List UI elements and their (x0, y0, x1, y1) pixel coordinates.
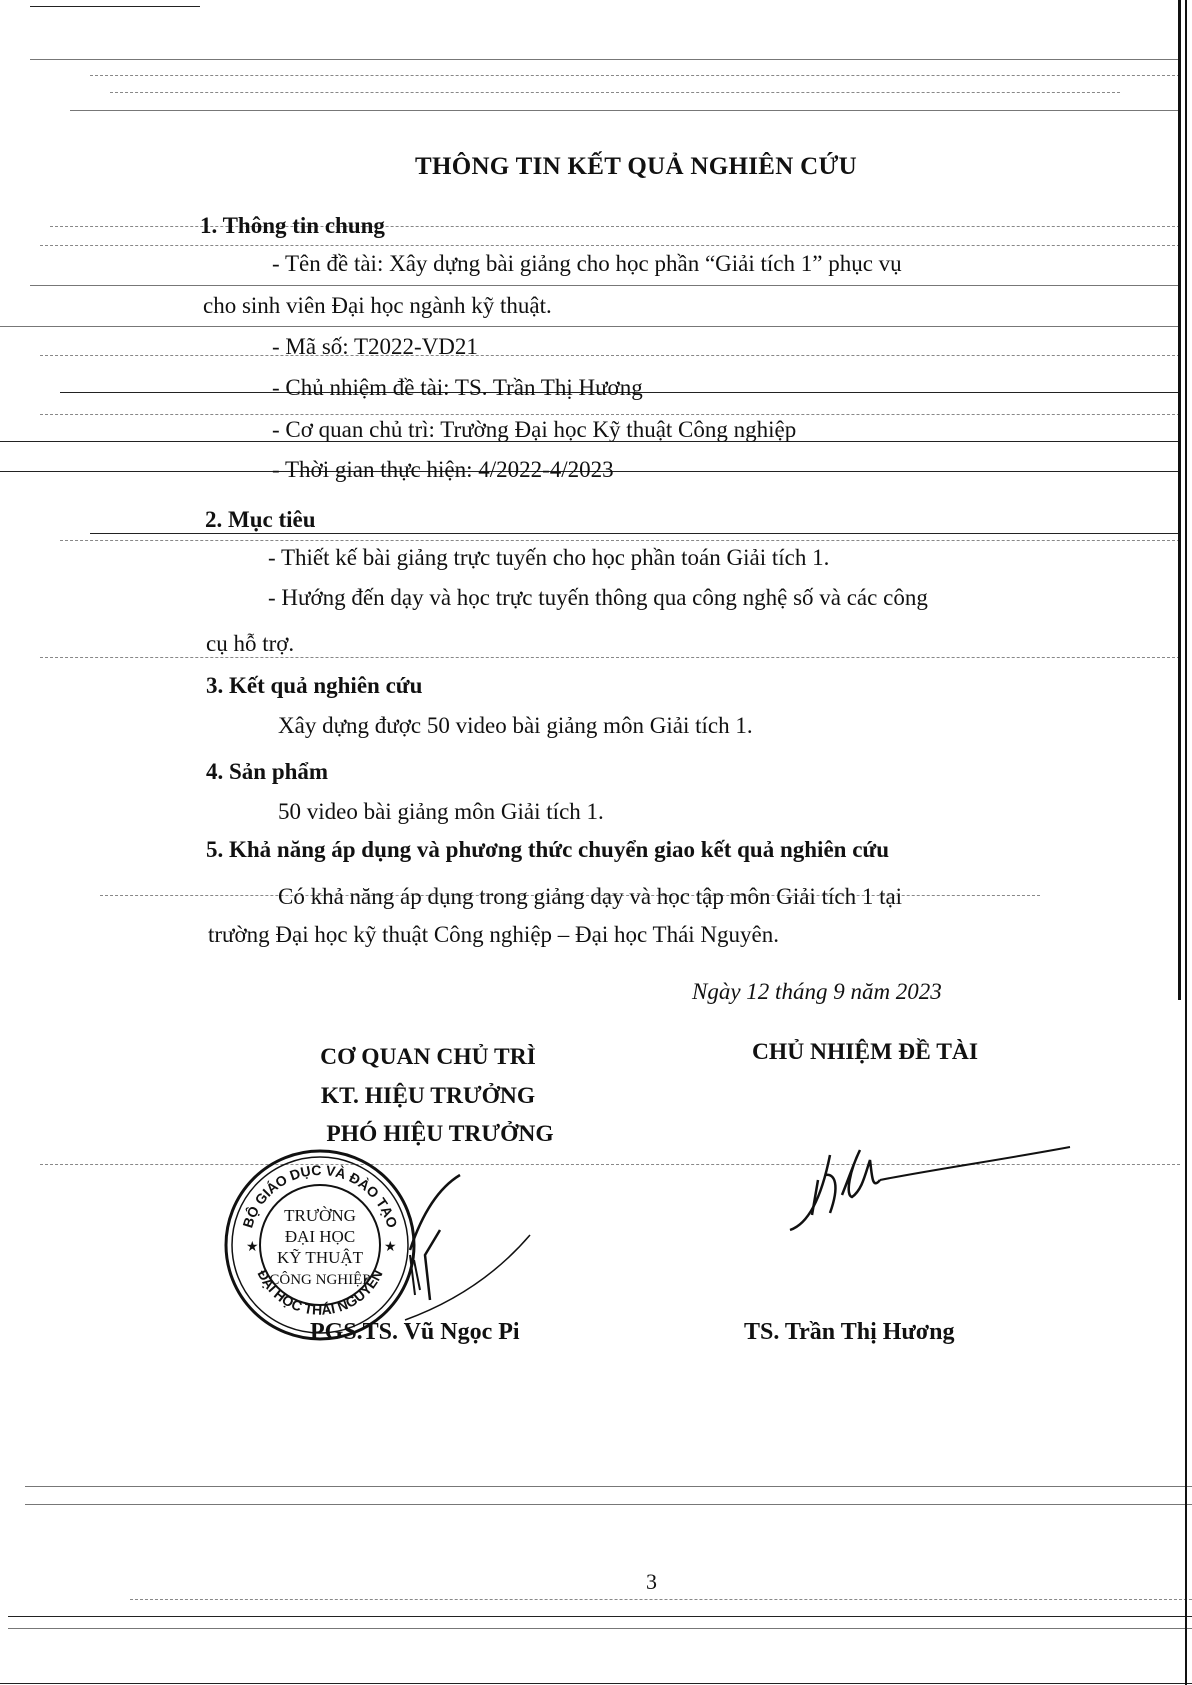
scan-line (25, 1486, 1192, 1487)
scan-line (40, 245, 1180, 246)
right-signature-heading: CHỦ NHIỆM ĐỀ TÀI (715, 1038, 1015, 1066)
section-heading: 4. Sản phẩm (206, 758, 328, 786)
body-line: - Thời gian thực hiện: 4/2022-4/2023 (272, 456, 614, 484)
scan-line (30, 59, 1180, 60)
scan-line (8, 1628, 1192, 1629)
body-line: - Hướng đến dạy và học trực tuyến thông … (268, 584, 928, 612)
svg-text:ĐẠI HỌC: ĐẠI HỌC (285, 1227, 355, 1246)
body-line: - Tên đề tài: Xây dựng bài giảng cho học… (272, 250, 902, 278)
body-line: - Chủ nhiệm đề tài: TS. Trần Thị Hương (272, 374, 643, 402)
scan-line (60, 540, 1180, 541)
body-line: - Thiết kế bài giảng trực tuyến cho học … (268, 544, 829, 572)
page-title: THÔNG TIN KẾT QUẢ NGHIÊN CỨU (0, 153, 1192, 181)
left-signature-line: PHÓ HIỆU TRƯỞNG (290, 1120, 590, 1148)
page-number: 3 (646, 1568, 657, 1596)
scan-line (25, 1504, 1192, 1505)
scan-line (40, 355, 1180, 356)
body-line: 50 video bài giảng môn Giải tích 1. (278, 798, 604, 826)
left-signatory-name: PGS.TS. Vũ Ngọc Pi (310, 1318, 520, 1346)
scan-line (70, 110, 1180, 111)
svg-text:KỸ THUẬT: KỸ THUẬT (277, 1248, 364, 1267)
scan-edge (1185, 0, 1187, 1685)
svg-text:★: ★ (246, 1240, 259, 1255)
scan-line (30, 285, 1180, 286)
body-line: Có khả năng áp dụng trong giảng dạy và h… (278, 883, 902, 911)
svg-text:CÔNG NGHIỆP: CÔNG NGHIỆP (269, 1271, 370, 1288)
scan-line (0, 326, 1180, 327)
section-heading: 5. Khả năng áp dụng và phương thức chuyể… (206, 836, 889, 864)
body-line: Xây dựng được 50 video bài giảng môn Giả… (278, 712, 753, 740)
right-signature-icon (780, 1135, 1080, 1245)
left-signature-icon (380, 1160, 560, 1330)
scan-line (130, 1599, 1192, 1600)
body-line: trường Đại học kỹ thuật Công nghiệp – Đạ… (208, 921, 779, 949)
left-signature-line: CƠ QUAN CHỦ TRÌ (278, 1043, 578, 1071)
scan-edge (1178, 0, 1181, 1000)
scan-line (0, 1683, 1192, 1684)
section-heading: 1. Thông tin chung (200, 212, 385, 240)
date-line: Ngày 12 tháng 9 năm 2023 (692, 978, 942, 1006)
body-line: - Cơ quan chủ trì: Trường Đại học Kỹ thu… (272, 416, 796, 444)
body-line: - Mã số: T2022-VD21 (272, 333, 478, 361)
scan-line (40, 414, 1180, 415)
scan-line (30, 6, 200, 7)
document-page: THÔNG TIN KẾT QUẢ NGHIÊN CỨU 1. Thông ti… (0, 0, 1192, 1685)
scan-line (110, 92, 1120, 93)
section-heading: 2. Mục tiêu (205, 506, 316, 534)
scan-line (90, 75, 1180, 76)
svg-text:TRƯỜNG: TRƯỜNG (284, 1206, 356, 1225)
right-signatory-name: TS. Trần Thị Hương (744, 1318, 954, 1346)
body-line: cụ hỗ trợ. (206, 630, 294, 658)
scan-line (8, 1616, 1192, 1617)
section-heading: 3. Kết quả nghiên cứu (206, 672, 422, 700)
body-line: cho sinh viên Đại học ngành kỹ thuật. (203, 292, 552, 320)
left-signature-line: KT. HIỆU TRƯỞNG (278, 1082, 578, 1110)
